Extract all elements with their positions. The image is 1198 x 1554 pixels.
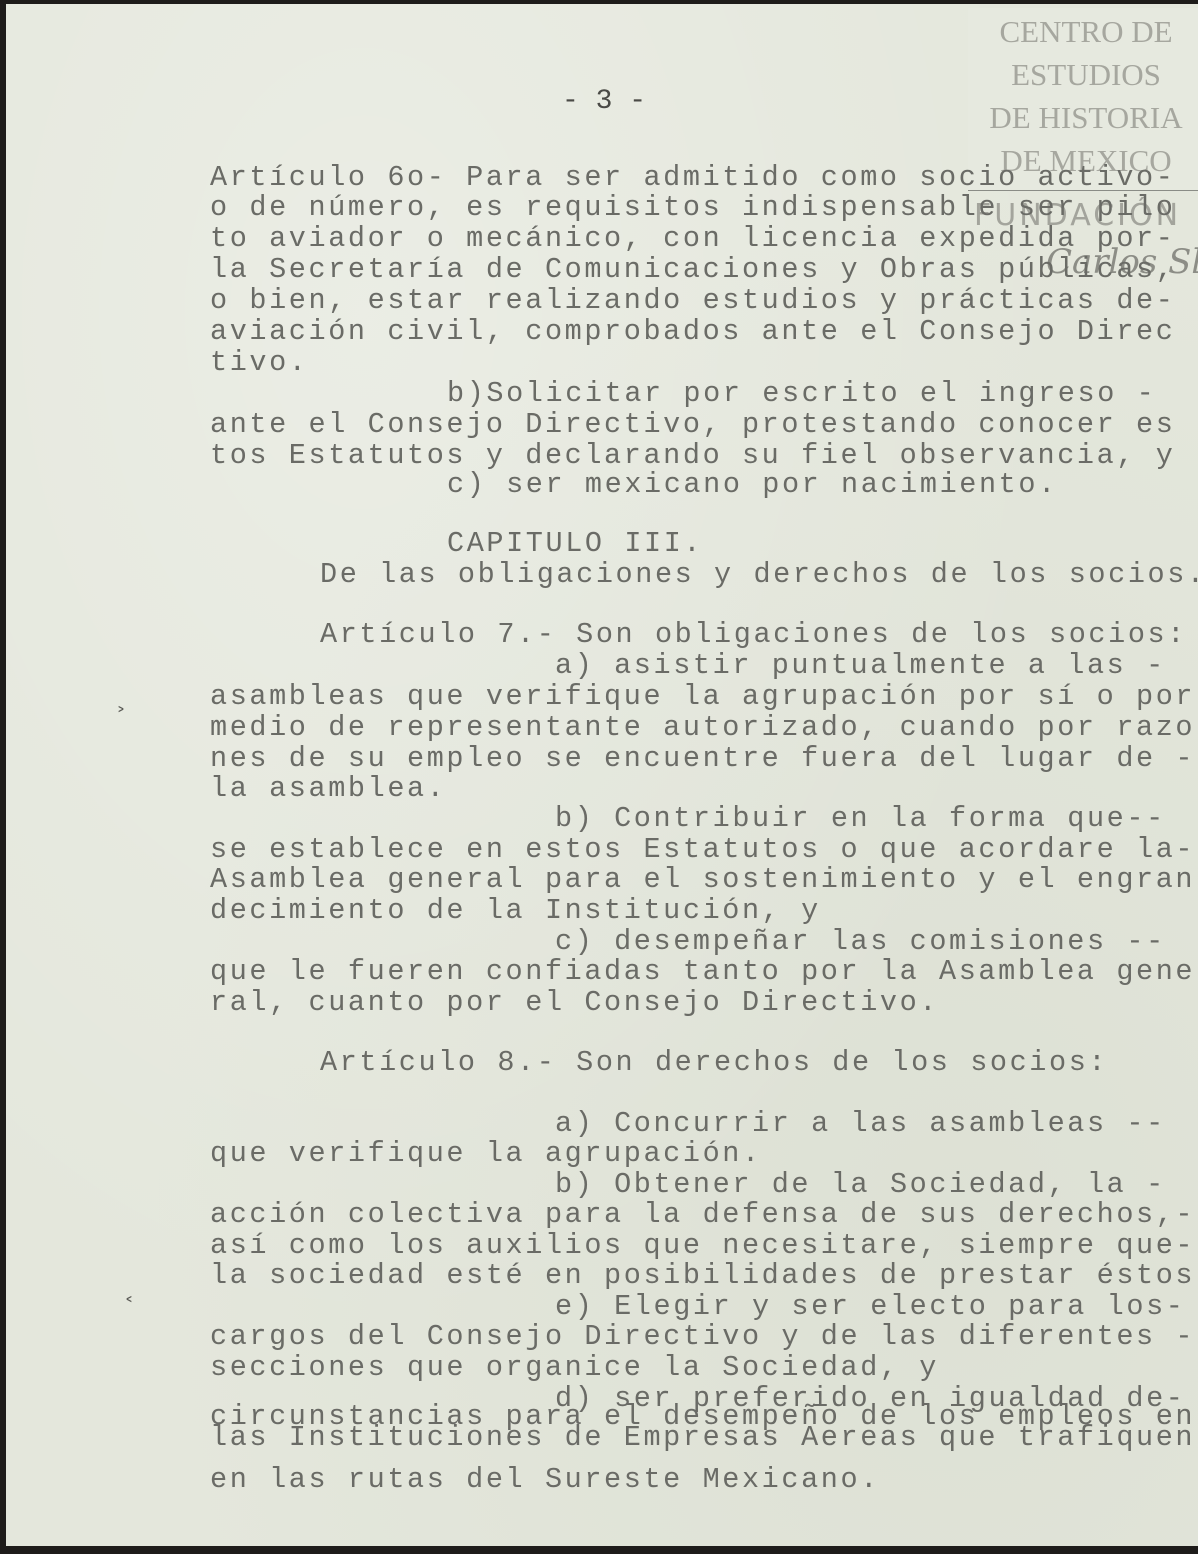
- text-line: Artículo 6o- Para ser admitido como soci…: [210, 162, 1175, 194]
- watermark-line: CENTRO DE: [968, 10, 1198, 53]
- text-line: Artículo 8.- Son derechos de los socios:: [320, 1047, 1108, 1079]
- text-line: CAPITULO III.: [447, 528, 703, 560]
- text-line: así como los auxilios que necesitare, si…: [210, 1230, 1195, 1262]
- text-line: De las obligaciones y derechos de los so…: [320, 559, 1198, 591]
- text-line: aviación civil, comprobados ante el Cons…: [210, 316, 1175, 348]
- watermark-line: DE HISTORIA: [968, 96, 1198, 139]
- text-line: c) ser mexicano por nacimiento.: [447, 469, 1058, 501]
- text-line: la Secretaría de Comunicaciones y Obras …: [210, 254, 1175, 286]
- page-number: - 3 -: [562, 86, 646, 117]
- text-line: la asamblea.: [210, 773, 446, 805]
- text-line: o de número, es requisitos indispensable…: [210, 192, 1175, 224]
- text-line: to aviador o mecánico, con licencia expe…: [210, 223, 1175, 255]
- margin-mark: ˃: [116, 704, 126, 728]
- text-line: e) Elegir y ser electo para los-: [555, 1291, 1186, 1323]
- text-line: a) Concurrir a las asambleas --: [555, 1108, 1166, 1140]
- text-line: acción colectiva para la defensa de sus …: [210, 1199, 1195, 1231]
- scanned-page: CENTRO DE ESTUDIOS DE HISTORIA DE MEXICO…: [6, 4, 1198, 1546]
- text-line: a) asistir puntualmente a las -: [555, 650, 1166, 682]
- text-line: nes de su empleo se encuentre fuera del …: [210, 743, 1195, 775]
- text-line: o bien, estar realizando estudios y prác…: [210, 285, 1175, 317]
- text-line: secciones que organice la Sociedad, y: [210, 1352, 939, 1384]
- text-line: que verifique la agrupación.: [210, 1138, 762, 1170]
- text-line: la sociedad esté en posibilidades de pre…: [210, 1260, 1198, 1292]
- watermark-line: ESTUDIOS: [968, 53, 1198, 96]
- text-line: que le fueren confiadas tanto por la Asa…: [210, 956, 1195, 988]
- text-line: las Instituciones de Empresas Aereas que…: [210, 1422, 1198, 1454]
- text-line: b)Solicitar por escrito el ingreso -: [447, 378, 1156, 410]
- text-line: ral, cuanto por el Consejo Directivo.: [210, 987, 939, 1019]
- text-line: ante el Consejo Directivo, protestando c…: [210, 409, 1175, 441]
- text-line: asambleas que verifique la agrupación po…: [210, 681, 1195, 713]
- text-line: tivo.: [210, 347, 309, 379]
- text-line: Asamblea general para el sostenimiento y…: [210, 864, 1195, 896]
- text-line: cargos del Consejo Directivo y de las di…: [210, 1321, 1198, 1353]
- text-line: medio de representante autorizado, cuand…: [210, 712, 1195, 744]
- text-line: en las rutas del Sureste Mexicano.: [210, 1464, 880, 1496]
- text-line: se establece en estos Estatutos o que ac…: [210, 834, 1195, 866]
- text-line: b) Contribuir en la forma que--: [555, 803, 1166, 835]
- text-line: Artículo 7.- Son obligaciones de los soc…: [320, 619, 1187, 651]
- margin-mark: ˂: [124, 1294, 134, 1318]
- text-line: b) Obtener de la Sociedad, la -: [555, 1169, 1166, 1201]
- text-line: decimiento de la Institución, y: [210, 895, 821, 927]
- text-line: c) desempeñar las comisiones --: [555, 926, 1166, 958]
